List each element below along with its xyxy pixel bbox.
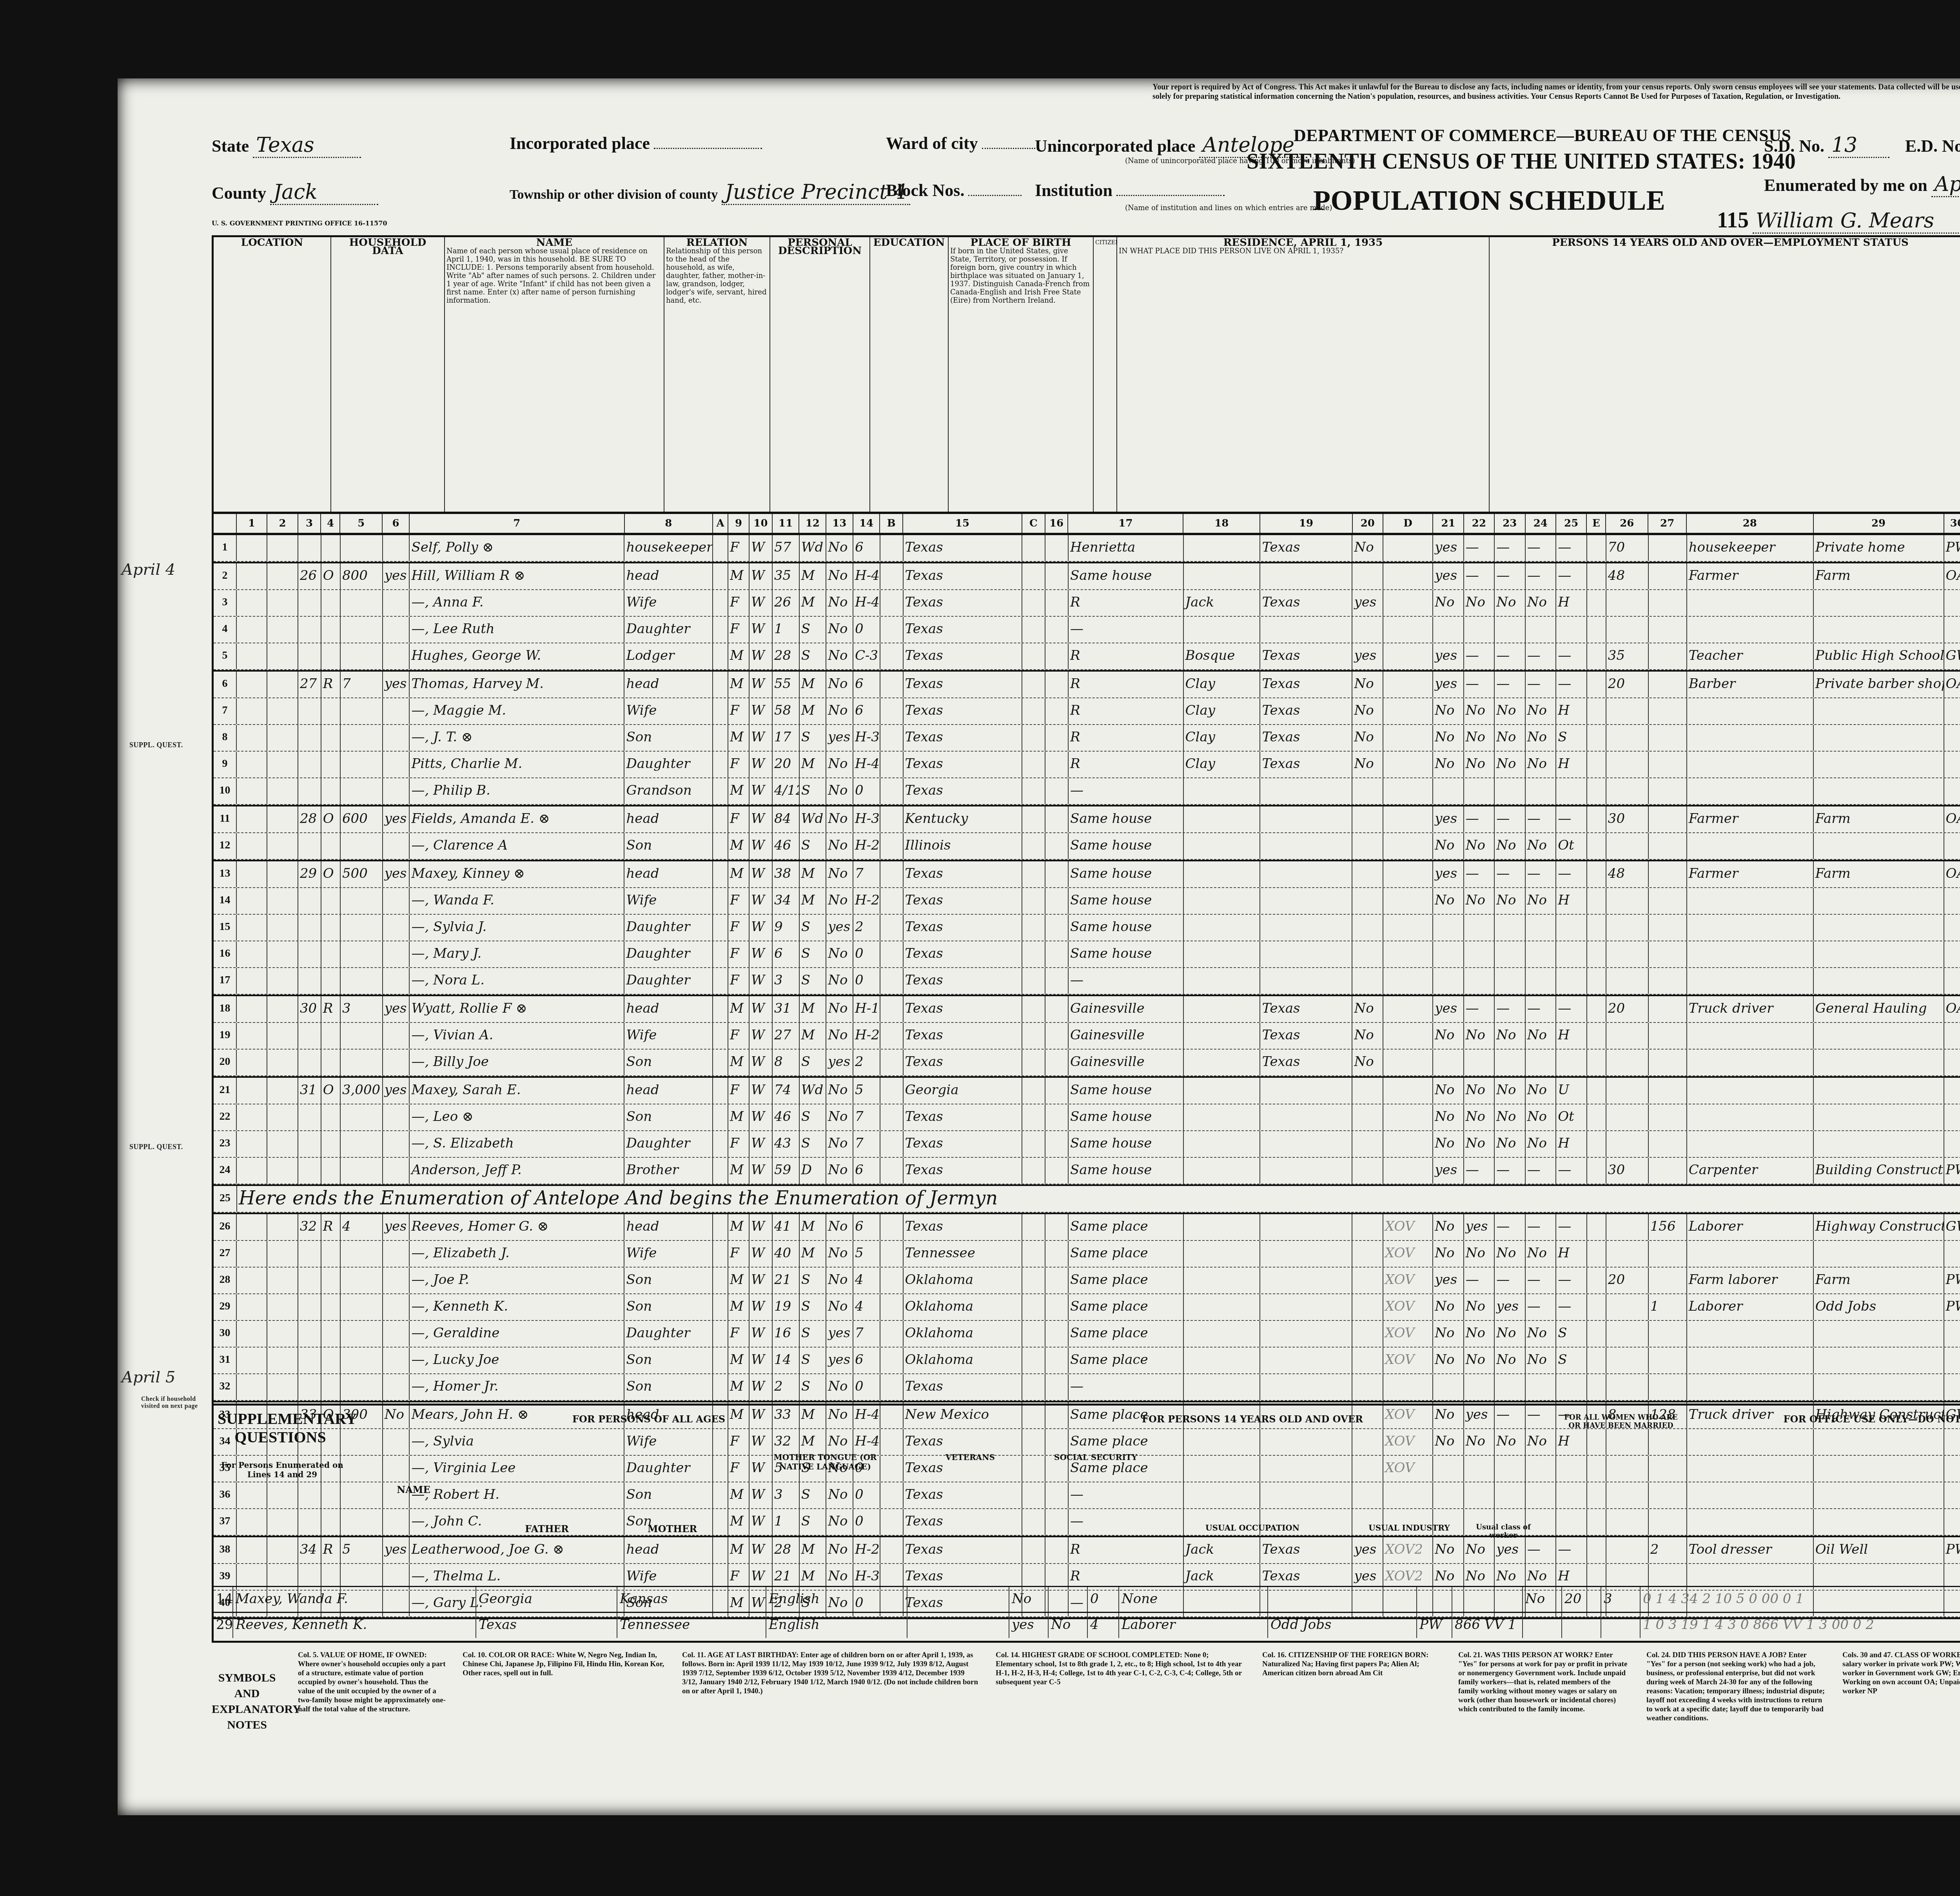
cell-c23: — xyxy=(1495,861,1525,887)
cell-name: Reeves, Homer G. ⊗ xyxy=(410,1214,624,1240)
county-field: CountyJack xyxy=(212,180,378,205)
cell-relation: head xyxy=(624,996,713,1022)
column-numbers: 12345678A91011121314B15C1617181920D21222… xyxy=(214,514,1960,535)
cell-value: 600 xyxy=(341,806,383,832)
cell-school: yes xyxy=(826,915,853,941)
cell-c21: No xyxy=(1433,1214,1464,1240)
cell-visit xyxy=(298,915,321,941)
cell-occupation xyxy=(1687,833,1814,859)
cell-tenure: R xyxy=(321,1214,341,1240)
column-number: 15 xyxy=(903,514,1022,533)
cell-school: No xyxy=(826,643,853,669)
cell-c21: No xyxy=(1433,725,1464,751)
cell-c22: No xyxy=(1464,1131,1495,1157)
cell-c22: No xyxy=(1464,833,1495,859)
cell-name: Hughes, George W. xyxy=(410,643,624,669)
cell-farm xyxy=(383,535,410,561)
blank-code-cell xyxy=(1587,698,1606,724)
table-row: 30—, GeraldineDaughterFW16Syes7OklahomaS… xyxy=(214,1321,1960,1348)
blank-code-cell xyxy=(1022,888,1045,914)
cell-school: No xyxy=(826,1374,853,1400)
cell-farm xyxy=(383,643,410,669)
cell-sex: F xyxy=(728,1321,750,1347)
cell-class xyxy=(1944,590,1960,616)
cell-c21: yes xyxy=(1433,996,1464,1022)
table-row: 12—, Clarence ASonMW46SNoH-2IllinoisSame… xyxy=(214,833,1960,860)
cell-res-state: Texas xyxy=(1260,1023,1352,1049)
column-number: 2 xyxy=(267,514,298,533)
cell-tenure xyxy=(321,1321,341,1347)
cell-hours: 48 xyxy=(1606,563,1649,589)
cell-industry xyxy=(1814,752,1944,777)
cell-c24: No xyxy=(1526,1078,1556,1104)
blank-code-cell xyxy=(1022,698,1045,724)
blank-code-cell xyxy=(713,1241,728,1267)
cell-school: No xyxy=(826,698,853,724)
cell-race: W xyxy=(750,1158,773,1184)
cell-c24: — xyxy=(1526,861,1556,887)
blank-code-cell xyxy=(1045,1104,1069,1130)
column-number: 16 xyxy=(1045,514,1069,533)
cell-c22 xyxy=(1464,941,1495,967)
cell-marital: S xyxy=(800,778,827,804)
cell-hours xyxy=(1606,617,1649,643)
cell-street xyxy=(237,1348,267,1373)
cell-res-farm xyxy=(1352,1321,1383,1347)
cell-class xyxy=(1944,915,1960,941)
cell-tenure xyxy=(321,1050,341,1075)
cell-hours xyxy=(1606,915,1649,941)
cell-name: —, Billy Joe xyxy=(410,1050,624,1075)
cell-c25: — xyxy=(1556,1158,1587,1184)
cell-res-state: Texas xyxy=(1260,590,1352,616)
cell-grade: H-4 xyxy=(853,752,880,777)
cell-school: No xyxy=(826,888,853,914)
cell-occupation: Barber xyxy=(1687,672,1814,697)
cell-house xyxy=(267,778,298,804)
cell-house xyxy=(267,888,298,914)
blank-code-cell xyxy=(1022,996,1045,1022)
cell-res-city: Gainesville xyxy=(1069,996,1184,1022)
cell-hours xyxy=(1606,1348,1649,1373)
line-number: 13 xyxy=(214,861,237,887)
cell-house xyxy=(267,1158,298,1184)
cell-res-city: Same house xyxy=(1069,941,1184,967)
cell-occupation xyxy=(1687,617,1814,643)
suppl-quest-marker-29: SUPPL. QUEST. xyxy=(129,1143,183,1151)
blank-code-cell xyxy=(1045,1321,1069,1347)
cell-age: 17 xyxy=(773,725,800,751)
cell-farm: yes xyxy=(383,996,410,1022)
cell-farm xyxy=(383,833,410,859)
cell-hours xyxy=(1606,1374,1649,1400)
line-number: 32 xyxy=(214,1374,237,1400)
cell-c23 xyxy=(1495,941,1525,967)
cell-age: 57 xyxy=(773,535,800,561)
cell-dur xyxy=(1649,1131,1687,1157)
cell-marital: M xyxy=(800,1214,827,1240)
cell-value xyxy=(341,968,383,994)
blank-code-cell xyxy=(1587,806,1606,832)
column-number: 14 xyxy=(853,514,880,533)
cell-value xyxy=(341,1158,383,1184)
blank-code-cell xyxy=(1022,1050,1045,1075)
cell-res-city: Same place xyxy=(1069,1268,1184,1293)
explanatory-notes: SYMBOLS AND EXPLANATORY NOTES Col. 5. VA… xyxy=(212,1647,1960,1803)
cell-age: 46 xyxy=(773,1104,800,1130)
cell-value xyxy=(341,1268,383,1293)
cell-tenure: R xyxy=(321,996,341,1022)
cell-res-city: Same house xyxy=(1069,888,1184,914)
blank-code-cell xyxy=(713,1374,728,1400)
cell-hours xyxy=(1606,1131,1649,1157)
cell-c22 xyxy=(1464,1374,1495,1400)
cell-name: —, Clarence A xyxy=(410,833,624,859)
cell-name: —, Anna F. xyxy=(410,590,624,616)
cell-c21: No xyxy=(1433,698,1464,724)
cell-hours: 20 xyxy=(1606,1268,1649,1293)
cell-d xyxy=(1383,1104,1433,1130)
blank-code-cell xyxy=(1022,563,1045,589)
cell-c22: No xyxy=(1464,1294,1495,1320)
cell-house xyxy=(267,590,298,616)
cell-birthplace: Texas xyxy=(904,563,1022,589)
cell-grade: 7 xyxy=(853,1321,880,1347)
cell-school: No xyxy=(826,1294,853,1320)
cell-c22: No xyxy=(1464,1078,1495,1104)
cell-school: No xyxy=(826,752,853,777)
cell-c21: No xyxy=(1433,1241,1464,1267)
blank-code-cell xyxy=(713,1294,728,1320)
cell-relation: head xyxy=(624,861,713,887)
cell-hours: 35 xyxy=(1606,643,1649,669)
cell-dur xyxy=(1649,535,1687,561)
table-row: 7—, Maggie M.WifeFW58MNo6TexasRClayTexas… xyxy=(214,698,1960,725)
cell-c21 xyxy=(1433,1050,1464,1075)
column-number: 21 xyxy=(1433,514,1464,533)
cell-c23 xyxy=(1495,617,1525,643)
cell-occupation: Farm laborer xyxy=(1687,1268,1814,1293)
cell-res-farm xyxy=(1352,1131,1383,1157)
cell-dur xyxy=(1649,1374,1687,1400)
cell-c25: — xyxy=(1556,1214,1587,1240)
table-row: 27—, Elizabeth J.WifeFW40MNo5TennesseeSa… xyxy=(214,1241,1960,1268)
cell-sex: F xyxy=(728,752,750,777)
cell-marital: M xyxy=(800,996,827,1022)
blank-code-cell xyxy=(880,915,904,941)
blank-code-cell xyxy=(1045,806,1069,832)
cell-name: —, Lucky Joe xyxy=(410,1348,624,1373)
line-number: 29 xyxy=(214,1294,237,1320)
blank-code-cell xyxy=(880,1348,904,1373)
cell-race: W xyxy=(750,1241,773,1267)
cell-school: No xyxy=(826,941,853,967)
line-number: 5 xyxy=(214,643,237,669)
cell-c21: yes xyxy=(1433,672,1464,697)
cell-race: W xyxy=(750,1374,773,1400)
line-number: 1 xyxy=(214,535,237,561)
cell-visit xyxy=(298,941,321,967)
cell-hours xyxy=(1606,888,1649,914)
cell-farm: yes xyxy=(383,806,410,832)
cell-grade: 6 xyxy=(853,1158,880,1184)
blank-code-cell xyxy=(713,752,728,777)
cell-res-county xyxy=(1184,915,1261,941)
blank-code-cell xyxy=(1587,778,1606,804)
schedule-title: POPULATION SCHEDULE xyxy=(1313,184,1665,217)
cell-visit xyxy=(298,1348,321,1373)
blank-code-cell xyxy=(880,1158,904,1184)
cell-c24 xyxy=(1526,778,1556,804)
blank-code-cell xyxy=(1045,752,1069,777)
cell-res-state: Texas xyxy=(1260,698,1352,724)
cell-res-city: Same house xyxy=(1069,1131,1184,1157)
cell-c24: — xyxy=(1526,806,1556,832)
blank-code-cell xyxy=(1022,1294,1045,1320)
state-field: StateTexas xyxy=(212,133,361,158)
cell-c24 xyxy=(1526,968,1556,994)
table-row: 5Hughes, George W.LodgerMW28SNoC-3TexasR… xyxy=(214,643,1960,670)
cell-dur xyxy=(1649,563,1687,589)
cell-c24: — xyxy=(1526,1268,1556,1293)
cell-race: W xyxy=(750,590,773,616)
cell-industry xyxy=(1814,725,1944,751)
cell-res-state xyxy=(1260,1214,1352,1240)
cell-birthplace: Texas xyxy=(904,888,1022,914)
cell-sex: M xyxy=(728,725,750,751)
cell-race: W xyxy=(750,941,773,967)
cell-visit xyxy=(298,1321,321,1347)
cell-age: 27 xyxy=(773,1023,800,1049)
cell-res-city: Same house xyxy=(1069,563,1184,589)
cell-tenure: O xyxy=(321,1078,341,1104)
cell-c24: No xyxy=(1526,698,1556,724)
cell-street xyxy=(237,1321,267,1347)
cell-birthplace: Texas xyxy=(904,915,1022,941)
cell-value xyxy=(341,915,383,941)
cell-res-county xyxy=(1184,833,1261,859)
cell-relation: Lodger xyxy=(624,643,713,669)
cell-dur: 1 xyxy=(1649,1294,1687,1320)
blank-code-cell xyxy=(1587,1050,1606,1075)
birthplace-column-header: PLACE OF BIRTHIf born in the United Stat… xyxy=(949,237,1094,512)
cell-industry xyxy=(1814,915,1944,941)
table-row: 627R7yesThomas, Harvey M.headMW55MNo6Tex… xyxy=(214,670,1960,698)
blank-code-cell xyxy=(713,1131,728,1157)
cell-c25: H xyxy=(1556,1131,1587,1157)
cell-house xyxy=(267,617,298,643)
cell-grade: 6 xyxy=(853,672,880,697)
cell-dur xyxy=(1649,861,1687,887)
cell-relation: Wife xyxy=(624,590,713,616)
cell-tenure xyxy=(321,968,341,994)
cell-sex: F xyxy=(728,806,750,832)
cell-tenure xyxy=(321,1131,341,1157)
cell-farm xyxy=(383,698,410,724)
cell-hours xyxy=(1606,1321,1649,1347)
cell-c24: No xyxy=(1526,1321,1556,1347)
blank-code-cell xyxy=(1587,1104,1606,1130)
cell-c24: — xyxy=(1526,996,1556,1022)
cell-c22: No xyxy=(1464,1023,1495,1049)
cell-c22 xyxy=(1464,617,1495,643)
cell-c21: No xyxy=(1433,1104,1464,1130)
cell-res-farm xyxy=(1352,888,1383,914)
blank-code-cell xyxy=(1587,1321,1606,1347)
cell-c23: No xyxy=(1495,1104,1525,1130)
blank-code-cell xyxy=(880,1214,904,1240)
cell-tenure xyxy=(321,1241,341,1267)
cell-industry: Farm xyxy=(1814,563,1944,589)
cell-house xyxy=(267,752,298,777)
line-number: 17 xyxy=(214,968,237,994)
cell-c22: — xyxy=(1464,1268,1495,1293)
cell-industry xyxy=(1814,1023,1944,1049)
cell-sex: M xyxy=(728,1104,750,1130)
cell-c22: yes xyxy=(1464,1214,1495,1240)
cell-res-state xyxy=(1260,1104,1352,1130)
cell-res-state: Texas xyxy=(1260,535,1352,561)
cell-race: W xyxy=(750,672,773,697)
cell-class: PW xyxy=(1944,1294,1960,1320)
cell-c25: H xyxy=(1556,590,1587,616)
cell-c23: No xyxy=(1495,1078,1525,1104)
cell-dur xyxy=(1649,725,1687,751)
cell-c25: S xyxy=(1556,725,1587,751)
cell-age: 6 xyxy=(773,941,800,967)
cell-grade: H-4 xyxy=(853,590,880,616)
blank-code-cell xyxy=(1022,1268,1045,1293)
cell-name: —, Lee Ruth xyxy=(410,617,624,643)
cell-res-city: Same house xyxy=(1069,806,1184,832)
column-headers: LOCATION HOUSEHOLD DATA NAMEName of each… xyxy=(214,237,1960,514)
cell-street xyxy=(237,941,267,967)
blank-code-cell xyxy=(713,1321,728,1347)
cell-res-county: Clay xyxy=(1184,698,1261,724)
blank-code-cell xyxy=(1022,1214,1045,1240)
county-value: Jack xyxy=(270,180,378,205)
cell-visit xyxy=(298,833,321,859)
enumerator-field: 115William G. Mears, Enumerator. xyxy=(1717,208,1960,234)
cell-value xyxy=(341,888,383,914)
cell-house xyxy=(267,1294,298,1320)
cell-hours: 20 xyxy=(1606,996,1649,1022)
cell-c25: S xyxy=(1556,1348,1587,1373)
cell-grade: 6 xyxy=(853,1348,880,1373)
line-number: 4 xyxy=(214,617,237,643)
blank-code-cell xyxy=(1022,861,1045,887)
cell-name: —, Wanda F. xyxy=(410,888,624,914)
cell-value xyxy=(341,1321,383,1347)
table-row: 32—, Homer Jr.SonMW2SNo0Texas—32 xyxy=(214,1374,1960,1401)
cell-marital: Wd xyxy=(800,535,827,561)
cell-age: 46 xyxy=(773,833,800,859)
cell-street xyxy=(237,1104,267,1130)
cell-c22 xyxy=(1464,778,1495,804)
residence-column-header: RESIDENCE, APRIL 1, 1935IN WHAT PLACE DI… xyxy=(1117,237,1490,512)
cell-age: 28 xyxy=(773,643,800,669)
blank-code-cell xyxy=(1587,1268,1606,1293)
cell-c25 xyxy=(1556,915,1587,941)
column-number: 27 xyxy=(1648,514,1687,533)
cell-res-state xyxy=(1260,1131,1352,1157)
cell-dur xyxy=(1649,590,1687,616)
cell-race: W xyxy=(750,968,773,994)
cell-relation: head xyxy=(624,672,713,697)
cell-grade: H-2 xyxy=(853,1023,880,1049)
cell-race: W xyxy=(750,833,773,859)
table-row: 20—, Billy JoeSonMW8Syes2TexasGainesvill… xyxy=(214,1050,1960,1076)
cell-grade: 7 xyxy=(853,1131,880,1157)
cell-c25: Ot xyxy=(1556,833,1587,859)
cell-hours: 70 xyxy=(1606,535,1649,561)
cell-grade: 2 xyxy=(853,1050,880,1075)
cell-c24: No xyxy=(1526,725,1556,751)
cell-visit xyxy=(298,1050,321,1075)
cell-c21 xyxy=(1433,1374,1464,1400)
cell-c23: — xyxy=(1495,535,1525,561)
cell-res-state xyxy=(1260,1374,1352,1400)
blank-code-cell xyxy=(713,698,728,724)
cell-value xyxy=(341,698,383,724)
cell-name: —, Vivian A. xyxy=(410,1023,624,1049)
cell-school: No xyxy=(826,563,853,589)
cell-hours xyxy=(1606,752,1649,777)
cell-value: 4 xyxy=(341,1214,383,1240)
table-row: 17—, Nora L.DaughterFW3SNo0Texas—17 xyxy=(214,968,1960,995)
cell-hours xyxy=(1606,1050,1649,1075)
cell-school: No xyxy=(826,1104,853,1130)
cell-c25: — xyxy=(1556,643,1587,669)
cell-industry: Private home xyxy=(1814,535,1944,561)
cell-street xyxy=(237,1268,267,1293)
cell-c24 xyxy=(1526,915,1556,941)
cell-house xyxy=(267,1050,298,1075)
cell-res-farm: yes xyxy=(1352,590,1383,616)
suppl-quest-marker-14: SUPPL. QUEST. xyxy=(129,741,183,749)
cell-sex: M xyxy=(728,672,750,697)
cell-tenure: O xyxy=(321,861,341,887)
cell-house xyxy=(267,1241,298,1267)
blank-code-cell xyxy=(1045,1131,1069,1157)
cell-res-state: Texas xyxy=(1260,643,1352,669)
blank-code-cell xyxy=(713,996,728,1022)
blank-code-cell xyxy=(1587,1078,1606,1104)
cell-c24 xyxy=(1526,617,1556,643)
cell-hours xyxy=(1606,1214,1649,1240)
cell-industry xyxy=(1814,1131,1944,1157)
cell-sex: F xyxy=(728,1131,750,1157)
cell-farm xyxy=(383,968,410,994)
cell-c24 xyxy=(1526,1050,1556,1075)
cell-street xyxy=(237,535,267,561)
cell-res-state xyxy=(1260,806,1352,832)
cell-c25 xyxy=(1556,617,1587,643)
blank-code-cell xyxy=(880,725,904,751)
cell-class: OA xyxy=(1944,806,1960,832)
cell-occupation: Carpenter xyxy=(1687,1158,1814,1184)
cell-street xyxy=(237,778,267,804)
cell-occupation xyxy=(1687,1241,1814,1267)
cell-street xyxy=(237,888,267,914)
cell-tenure: R xyxy=(321,672,341,697)
blank-code-cell xyxy=(713,643,728,669)
cell-race: W xyxy=(750,1348,773,1373)
cell-school: No xyxy=(826,778,853,804)
supplementary-questions: SUPPLEMENTARY QUESTIONS For Persons Enum… xyxy=(212,1404,1960,1643)
cell-c25: — xyxy=(1556,672,1587,697)
cell-res-state xyxy=(1260,1241,1352,1267)
